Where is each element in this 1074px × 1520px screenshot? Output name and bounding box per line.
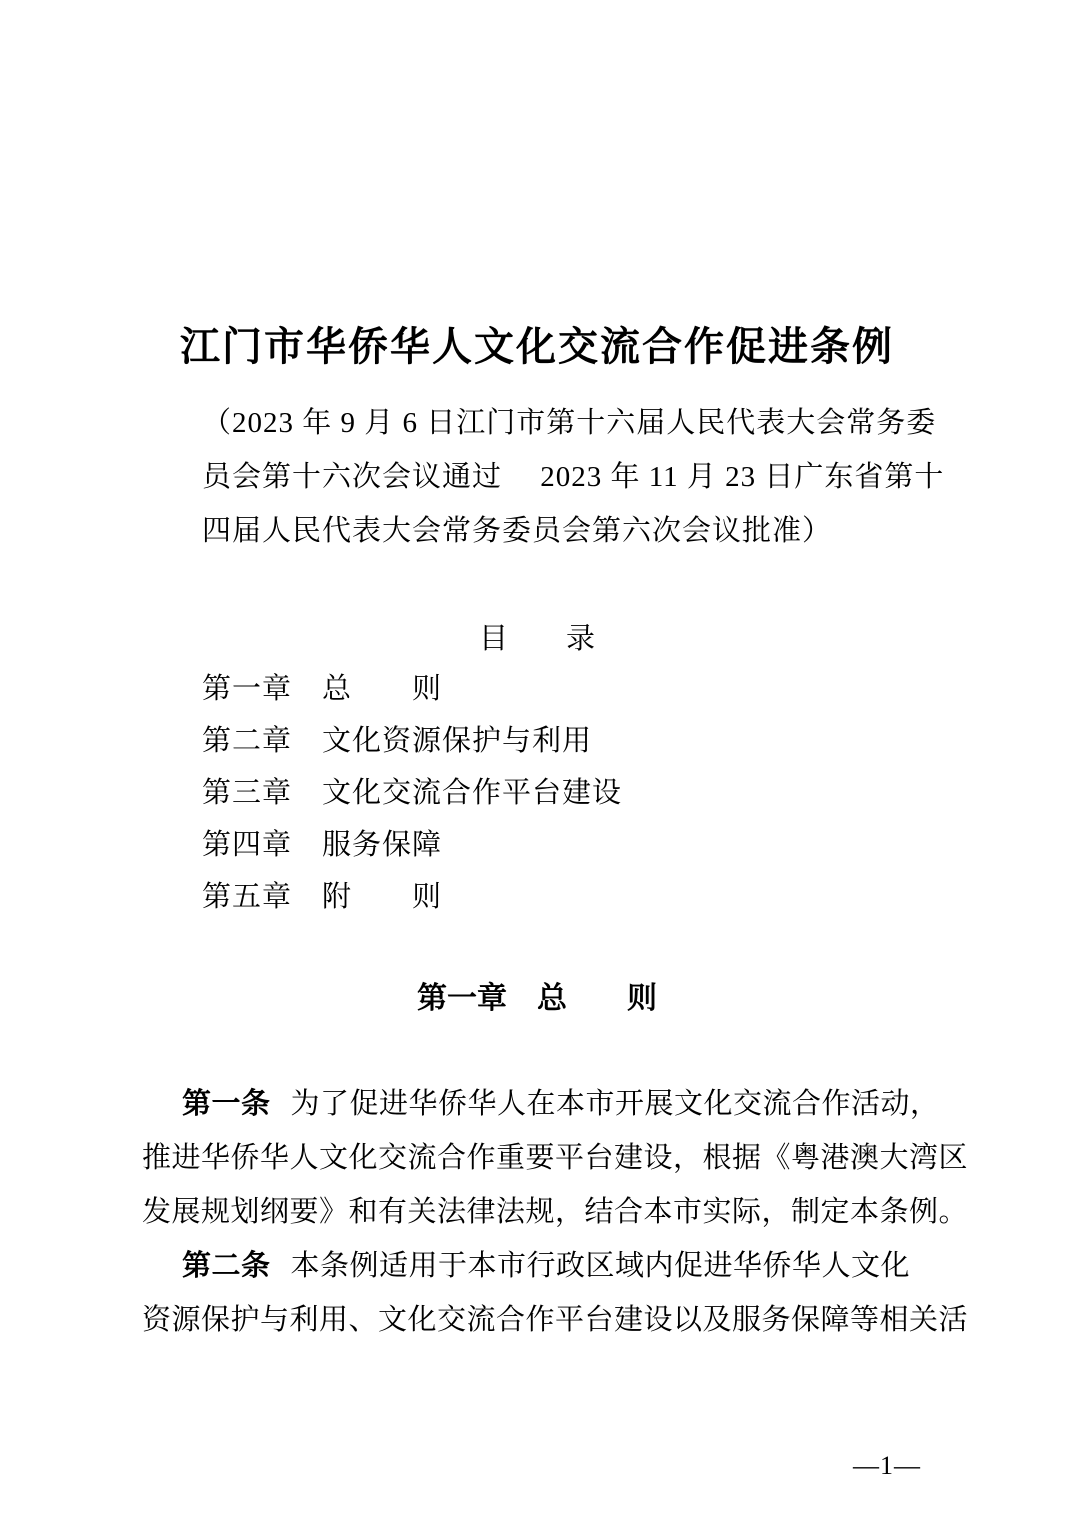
document-title: 江门市华侨华人文化交流合作促进条例 bbox=[0, 322, 1074, 372]
enactment-note-line: 四届人民代表大会常务委员会第六次会议批准） bbox=[202, 504, 892, 558]
toc-entry-chapter2: 第二章 文化资源保护与利用 bbox=[202, 715, 622, 767]
toc-entry-chapter3: 第三章 文化交流合作平台建设 bbox=[202, 767, 622, 819]
article-2-number: 第二条 bbox=[182, 1250, 291, 1282]
article-2-text: 本条例适用于本市行政区域内促进华侨华人文化 bbox=[291, 1250, 911, 1282]
toc-list: 第一章 总 则 第二章 文化资源保护与利用 第三章 文化交流合作平台建设 第四章… bbox=[202, 663, 622, 923]
toc-entry-chapter5: 第五章 附 则 bbox=[202, 871, 622, 923]
toc-entry-chapter4: 第四章 服务保障 bbox=[202, 819, 622, 871]
chapter-1-heading: 第一章 总 则 bbox=[0, 972, 1074, 1026]
page-number: —1— bbox=[853, 1452, 921, 1480]
document-page: 江门市华侨华人文化交流合作促进条例 （2023 年 9 月 6 日江门市第十六届… bbox=[0, 0, 1074, 1520]
toc-entry-chapter1: 第一章 总 则 bbox=[202, 663, 622, 715]
article-1-line-1: 第一条为了促进华侨华人在本市开展文化交流合作活动， bbox=[142, 1077, 954, 1131]
article-1-text: 为了促进华侨华人在本市开展文化交流合作活动， bbox=[291, 1088, 940, 1120]
article-2-line-1: 第二条本条例适用于本市行政区域内促进华侨华人文化 bbox=[142, 1239, 954, 1293]
chapter-1-body: 第一条为了促进华侨华人在本市开展文化交流合作活动， 推进华侨华人文化交流合作重要… bbox=[142, 1077, 954, 1347]
article-2-line-2: 资源保护与利用、文化交流合作平台建设以及服务保障等相关活 bbox=[142, 1293, 954, 1347]
enactment-note-line: （2023 年 9 月 6 日江门市第十六届人民代表大会常务委 bbox=[202, 396, 892, 450]
article-1-number: 第一条 bbox=[182, 1088, 291, 1120]
enactment-note-line: 员会第十六次会议通过 2023 年 11 月 23 日广东省第十 bbox=[202, 450, 892, 504]
article-1-line-3: 发展规划纲要》和有关法律法规，结合本市实际，制定本条例。 bbox=[142, 1185, 954, 1239]
enactment-note: （2023 年 9 月 6 日江门市第十六届人民代表大会常务委 员会第十六次会议… bbox=[202, 396, 892, 558]
article-1-line-2: 推进华侨华人文化交流合作重要平台建设，根据《粤港澳大湾区 bbox=[142, 1131, 954, 1185]
toc-heading: 目 录 bbox=[0, 612, 1074, 666]
